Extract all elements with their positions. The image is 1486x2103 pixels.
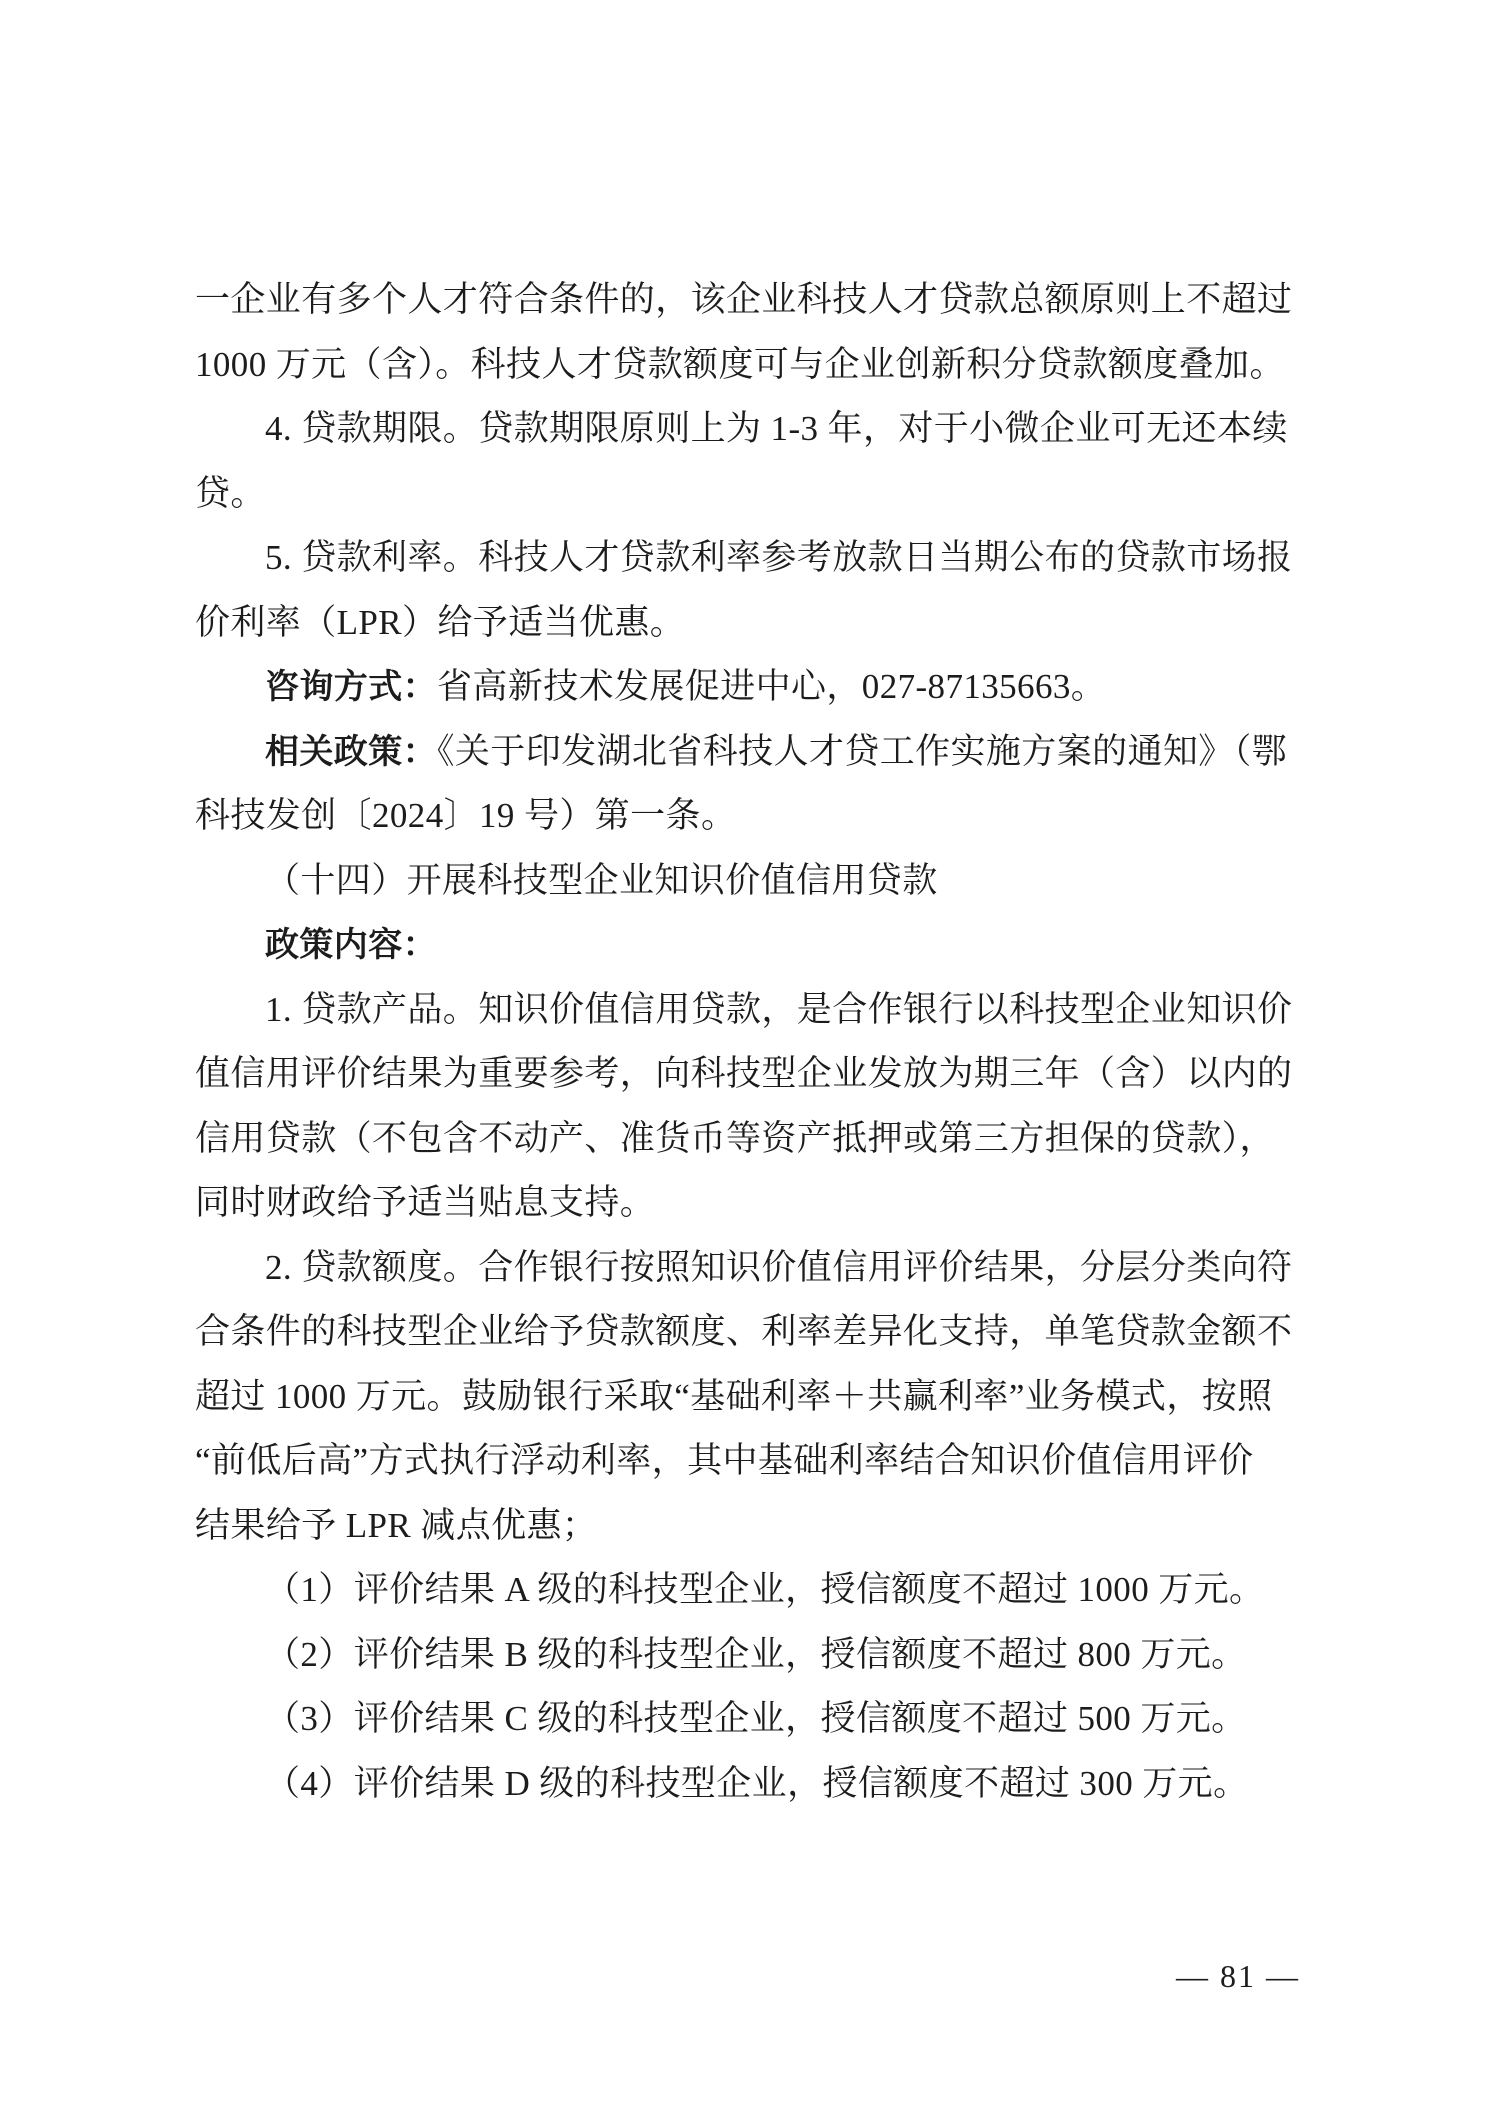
line-text: 1000 万元（含）。科技人才贷款额度可与企业创新积分贷款额度叠加。	[195, 345, 1285, 384]
line-text: 省高新技术发展促进中心，027-87135663。	[437, 667, 1106, 706]
text-line: 科技发创〔2024〕19 号）第一条。	[195, 784, 1300, 849]
text-line: 4. 贷款期限。贷款期限原则上为 1-3 年，对于小微企业可无还本续	[195, 397, 1300, 462]
text-line: 2. 贷款额度。合作银行按照知识价值信用评价结果，分层分类向符	[195, 1236, 1300, 1301]
text-line: 政策内容：	[195, 913, 1300, 978]
line-text: 一企业有多个人才符合条件的，该企业科技人才贷款总额原则上不超过	[195, 280, 1292, 319]
line-text: “前低后高”方式执行浮动利率，其中基础利率结合知识价值信用评价	[195, 1441, 1253, 1480]
text-line: 咨询方式：省高新技术发展促进中心，027-87135663。	[195, 655, 1300, 720]
text-line: 一企业有多个人才符合条件的，该企业科技人才贷款总额原则上不超过	[195, 268, 1300, 333]
line-text: 1. 贷款产品。知识价值信用贷款，是合作银行以科技型企业知识价	[265, 990, 1292, 1029]
line-text: （十四）开展科技型企业知识价值信用贷款	[265, 861, 938, 900]
text-line: 相关政策：《关于印发湖北省科技人才贷工作实施方案的通知》（鄂	[195, 720, 1300, 785]
line-text: 《关于印发湖北省科技人才贷工作实施方案的通知》（鄂	[437, 732, 1287, 771]
text-line: 超过 1000 万元。鼓励银行采取“基础利率＋共赢利率”业务模式，按照	[195, 1365, 1300, 1430]
line-text: 4. 贷款期限。贷款期限原则上为 1-3 年，对于小微企业可无还本续	[265, 409, 1288, 448]
text-line: 5. 贷款利率。科技人才贷款利率参考放款日当期公布的贷款市场报	[195, 526, 1300, 591]
text-line: 1000 万元（含）。科技人才贷款额度可与企业创新积分贷款额度叠加。	[195, 333, 1300, 398]
line-text: 2. 贷款额度。合作银行按照知识价值信用评价结果，分层分类向符	[265, 1248, 1292, 1287]
bold-label: 相关政策：	[265, 733, 437, 771]
text-line: 信用贷款（不包含不动产、准货币等资产抵押或第三方担保的贷款），	[195, 1107, 1300, 1172]
line-text: （2）评价结果 B 级的科技型企业，授信额度不超过 800 万元。	[265, 1635, 1247, 1674]
text-line: 值信用评价结果为重要参考，向科技型企业发放为期三年（含）以内的	[195, 1042, 1300, 1107]
line-text: 价利率（LPR）给予适当优惠。	[195, 603, 685, 642]
document-body: 一企业有多个人才符合条件的，该企业科技人才贷款总额原则上不超过1000 万元（含…	[195, 268, 1300, 1816]
text-line: 价利率（LPR）给予适当优惠。	[195, 591, 1300, 656]
line-text: 5. 贷款利率。科技人才贷款利率参考放款日当期公布的贷款市场报	[265, 538, 1292, 577]
line-text: 贷。	[195, 474, 266, 513]
text-line: 贷。	[195, 462, 1300, 527]
line-text: 超过 1000 万元。鼓励银行采取“基础利率＋共赢利率”业务模式，按照	[195, 1377, 1273, 1416]
text-line: （1）评价结果 A 级的科技型企业，授信额度不超过 1000 万元。	[195, 1558, 1300, 1623]
text-line: （3）评价结果 C 级的科技型企业，授信额度不超过 500 万元。	[195, 1687, 1300, 1752]
line-text: 信用贷款（不包含不动产、准货币等资产抵押或第三方担保的贷款），	[195, 1119, 1275, 1158]
line-text: 合条件的科技型企业给予贷款额度、利率差异化支持，单笔贷款金额不	[195, 1312, 1292, 1351]
line-text: 科技发创〔2024〕19 号）第一条。	[195, 796, 736, 835]
line-text: （4）评价结果 D 级的科技型企业，授信额度不超过 300 万元。	[265, 1764, 1248, 1803]
text-line: （2）评价结果 B 级的科技型企业，授信额度不超过 800 万元。	[195, 1623, 1300, 1688]
text-line: （4）评价结果 D 级的科技型企业，授信额度不超过 300 万元。	[195, 1752, 1300, 1817]
text-line: 合条件的科技型企业给予贷款额度、利率差异化支持，单笔贷款金额不	[195, 1300, 1300, 1365]
page-footer: — 81 —	[1136, 1916, 1300, 2036]
line-text: （1）评价结果 A 级的科技型企业，授信额度不超过 1000 万元。	[265, 1570, 1264, 1609]
line-text: 同时财政给予适当贴息支持。	[195, 1183, 655, 1222]
text-line: “前低后高”方式执行浮动利率，其中基础利率结合知识价值信用评价	[195, 1429, 1300, 1494]
line-text: 结果给予 LPR 减点优惠；	[195, 1506, 597, 1545]
text-line: 结果给予 LPR 减点优惠；	[195, 1494, 1300, 1559]
text-line: 1. 贷款产品。知识价值信用贷款，是合作银行以科技型企业知识价	[195, 978, 1300, 1043]
bold-label: 咨询方式：	[265, 668, 437, 706]
text-line: 同时财政给予适当贴息支持。	[195, 1171, 1300, 1236]
text-line: （十四）开展科技型企业知识价值信用贷款	[195, 849, 1300, 914]
line-text: 值信用评价结果为重要参考，向科技型企业发放为期三年（含）以内的	[195, 1054, 1292, 1093]
bold-label: 政策内容：	[265, 926, 437, 964]
page-number: — 81 —	[1176, 1958, 1300, 1994]
line-text: （3）评价结果 C 级的科技型企业，授信额度不超过 500 万元。	[265, 1699, 1247, 1738]
document-page: 一企业有多个人才符合条件的，该企业科技人才贷款总额原则上不超过1000 万元（含…	[0, 0, 1486, 2103]
